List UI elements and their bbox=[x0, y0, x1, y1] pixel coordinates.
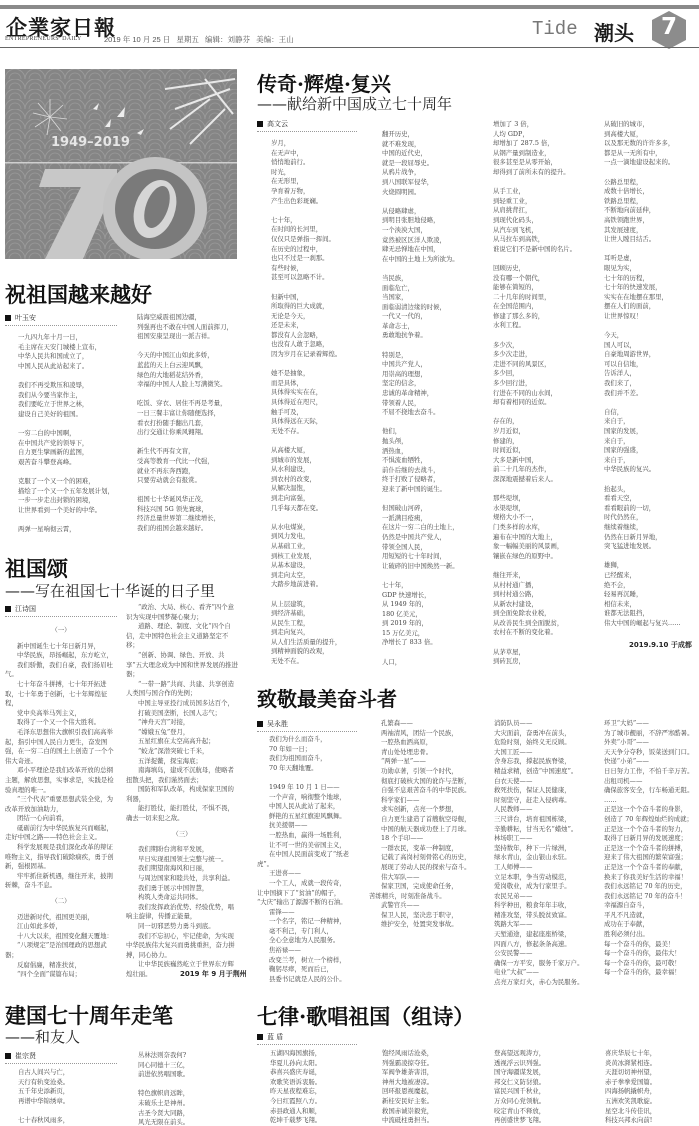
poem-line: 时间近似， bbox=[493, 446, 576, 456]
poem-column: 翻开历史，就不难发现，中国的近代史，就是一段屈辱史。从鸦片战争，到八国联军侵华，… bbox=[382, 130, 459, 667]
poem-line: 水利工程。 bbox=[493, 321, 576, 331]
poem-line: 五千年史添新页， bbox=[18, 1087, 69, 1097]
text-line: 保家卫国，完成使命任务， bbox=[369, 882, 474, 892]
poem-line: 修建的， bbox=[493, 437, 576, 447]
poem-line: 军阀争雄荼害泪， bbox=[382, 1068, 433, 1078]
stanza-gap bbox=[18, 467, 114, 477]
paragraph: 南海填岛，建成不沉航母，使略者扭散头把，我们谨然面去； bbox=[126, 766, 238, 785]
paragraph: 能打胜仗，能打胜仗，不惧不畏，确去一切来犯之敌。 bbox=[126, 804, 238, 823]
poem-line: 从高楼大厦， bbox=[271, 446, 341, 456]
poem-line: 富民兴国千秋业， bbox=[494, 1087, 545, 1097]
poem-line: 从肩挑背扛， bbox=[493, 206, 576, 216]
poem-line: 在中国的土地上为所欲为。 bbox=[382, 255, 459, 265]
poem-line: 迎来了新中国的诞生。 bbox=[382, 485, 459, 495]
poem-line: 从破旧的城市， bbox=[604, 120, 681, 130]
poem-line: 登高望远观涛方， bbox=[494, 1049, 545, 1059]
section-name: 潮头 bbox=[594, 17, 634, 46]
poem-line: 伟大中国的崛起与复兴…… bbox=[604, 619, 681, 629]
text-line: 我们期望南海风和日丽， bbox=[126, 864, 238, 874]
prose-column: （一）新中国诞生七十年日新月异，中华民族，昂扬崛起，东方屹立，我们骄傲，我们自豪… bbox=[5, 620, 117, 980]
paragraph: 牢牢抓住新机遇，继往开来，披荆斩棘，奋斗不息。 bbox=[5, 872, 117, 891]
poem-line: 用崇高的理想， bbox=[382, 370, 459, 380]
stanza-gap bbox=[138, 1080, 189, 1090]
poem-line: 到走向富强， bbox=[271, 494, 341, 504]
section-number: （一） bbox=[5, 626, 117, 636]
poem-line: 让世界惊叹！ bbox=[604, 312, 681, 322]
poem-line: 从鸦片战争， bbox=[382, 168, 459, 178]
poem-line: 描绘了一个又一个五年发展计划， bbox=[18, 487, 114, 497]
poem-line: 列强霸凌掠夺狂。 bbox=[382, 1059, 433, 1069]
stanza-gap bbox=[604, 168, 681, 178]
poem-line: 无处不存。 bbox=[271, 427, 341, 437]
stanza-gap bbox=[604, 398, 681, 408]
poem-line: 到走向复兴， bbox=[271, 628, 341, 638]
poem-line: 救国赤诚崇毅党， bbox=[382, 1107, 433, 1117]
article-title-zhijing: 致敬最美奋斗者 bbox=[257, 683, 397, 712]
poem-line: 胜利必须付出。 bbox=[604, 930, 693, 940]
square-bullet-icon bbox=[257, 721, 263, 727]
poem-line: …… bbox=[604, 796, 693, 806]
stanza-gap bbox=[382, 648, 459, 658]
poem-line: 带领全国人民， bbox=[382, 543, 459, 553]
poem-line: 救死扶伤，保证人民健康， bbox=[494, 786, 583, 796]
poem-line: 实实在在地摆在那里， bbox=[604, 293, 681, 303]
poem-line: 受高等教育一代比一代强， bbox=[137, 457, 233, 467]
poem-line: 其发展速度， bbox=[604, 226, 681, 236]
poem-line: 每一个奋斗的你，最可敬！ bbox=[604, 959, 693, 969]
poem-line: 时刻坚守，赶走入侵病毒。 bbox=[494, 796, 583, 806]
poem-line: 出行交通让你乘风翱翔。 bbox=[137, 428, 233, 438]
paragraph: “一带一路”共商、共建、共享创造人类国与国合作的先例； bbox=[126, 680, 238, 699]
poem-line: 精益求精，创造“中国速度”。 bbox=[494, 767, 583, 777]
poem-line: 五湖四海国旗扬， bbox=[270, 1049, 321, 1059]
paragraph: “创新、协调、绿色、开放、共享”五大理念成为中国和世界发展的推进器； bbox=[126, 651, 238, 680]
poem-line: 中流砥柱勇担当。 bbox=[382, 1116, 433, 1126]
stanza-gap bbox=[271, 206, 341, 216]
poem-line: 净增长了 833 倍。 bbox=[382, 638, 459, 648]
poem-line: 但国破山河碎， bbox=[382, 504, 459, 514]
poem-line: 时光， bbox=[271, 168, 341, 178]
poem-line: 确保一方平安，服务千家万户。 bbox=[494, 959, 583, 969]
poem-line: 再创盛世梦飞翔。 bbox=[494, 1116, 545, 1126]
poem-line: 仍然是中国共产党人， bbox=[382, 533, 459, 543]
poem-line: 幸福的中国人人脸上写满微笑。 bbox=[137, 380, 233, 390]
poem-line: 就不难发现， bbox=[382, 140, 459, 150]
poem-line: 正是这一个个奋斗者的奉献， bbox=[604, 863, 693, 873]
paragraph: “三个代表”重要思想武装全党，为改革开放加油助力， bbox=[5, 795, 117, 814]
poem-line: 从民生工程， bbox=[271, 619, 341, 629]
poem-line: 存在的， bbox=[493, 417, 576, 427]
text-line: 一腔热血，赢得一场胜利， bbox=[257, 831, 362, 841]
poem-line: 人民教师—— bbox=[494, 805, 583, 815]
poem-line: 岁月近似， bbox=[493, 427, 576, 437]
poem-line: 就业不再东奔西跑， bbox=[137, 467, 233, 477]
poem-line: 七十年， bbox=[271, 216, 341, 226]
paragraph: 让中国摘下了“贫油”的帽子， bbox=[257, 889, 362, 899]
poem-line: 面临弱清边缘的时候， bbox=[382, 303, 459, 313]
poem-line: 建设自己美好的祖国。 bbox=[18, 410, 114, 420]
paragraph: 自强不息艰苦奋斗的中华民族。 bbox=[369, 786, 474, 796]
paragraph: 彻底打破核大国的讹诈与垄断， bbox=[369, 777, 474, 787]
poem-line: 自力更生擘画新的蓝图， bbox=[18, 448, 114, 458]
poem-line: 而是具体， bbox=[271, 379, 341, 389]
poem-line: 我们要屹立于世界之林， bbox=[18, 400, 114, 410]
poem-line: 喜庆华辰七十年， bbox=[605, 1049, 656, 1059]
stanza-gap bbox=[18, 1106, 69, 1116]
poem-line: 工人师傅—— bbox=[494, 863, 583, 873]
poem-column: 岁月，在无声中，悄悄地前行。时光，在无形里，孕育着万物，产生出色彩斑斓。七十年，… bbox=[271, 139, 341, 667]
poem-column: 陆海空威震祖国边疆，列强再也不敢在中国人面前挥刀，祖国安康呈现出一派吉祥。今天的… bbox=[137, 313, 233, 534]
poem-line: 换来了你我美好生活的幸福！ bbox=[604, 873, 693, 883]
paragraph: 毛泽东思想伟大旗帜引我们高高举起，指引中国人民自力更生，奋发图强，在一穷二白的国… bbox=[5, 728, 117, 766]
poem-line: 未破乐土是神州。 bbox=[138, 1099, 189, 1109]
poem-line: 象一幅幅美丽的风景画， bbox=[493, 542, 576, 552]
poem-line: 岁月， bbox=[271, 139, 341, 149]
poem-line: 具体得实实在在， bbox=[271, 388, 341, 398]
poem-line: 镶嵌在绿色的原野中。 bbox=[493, 552, 576, 562]
poem-line: 绿色的大地稻花结外香， bbox=[137, 371, 233, 381]
poem-line: 从水利建设， bbox=[271, 465, 341, 475]
text-line: 五星红旗在太空高高升起； bbox=[126, 737, 238, 747]
poem-line: 确保旅客安全，行车畅通无阻。 bbox=[604, 786, 693, 796]
poem-line: 国家的强盛， bbox=[604, 446, 681, 456]
poem-line: 孕育着万物， bbox=[271, 187, 341, 197]
poem-line: 科学种田，粮食年年丰收， bbox=[494, 901, 583, 911]
poem-line: 雄狮， bbox=[604, 561, 681, 571]
square-bullet-icon bbox=[5, 315, 11, 321]
text-line: 与周边国家和睦共处，共享利益。 bbox=[126, 874, 238, 884]
square-bullet-icon bbox=[5, 1053, 11, 1059]
text-line: 一个声音，响彻整个地球， bbox=[257, 793, 362, 803]
poem-line: 走进不同的风景区， bbox=[493, 360, 576, 370]
poem-line: 铁路总里程， bbox=[604, 197, 681, 207]
article-subtitle: ——和友人 bbox=[5, 1026, 80, 1047]
issue-weekday: 星期五 bbox=[176, 35, 199, 44]
poem-line: 炎黄冰湃紧相连。 bbox=[605, 1059, 656, 1069]
poem-line: 正是这一个个奋斗者的拼搏， bbox=[604, 844, 693, 854]
poem-line: 从马拉车到高铁， bbox=[493, 235, 576, 245]
stanza-gap bbox=[382, 418, 459, 428]
poem-line: 四海扬帆撬帜舟， bbox=[605, 1087, 656, 1097]
poem-line: 到明目张胆地侵略， bbox=[382, 216, 459, 226]
poem-line: 只要劳动就会有报赏。 bbox=[137, 476, 233, 486]
byline-a5: 吴永胜 bbox=[257, 719, 357, 732]
poem-line: 以及那无数的许许多多， bbox=[604, 139, 681, 149]
text-line: 十八大以来，祖国变化翻天覆地： bbox=[5, 932, 117, 942]
poem-line: 饱经风雨话沧桑， bbox=[382, 1049, 433, 1059]
poem-line: 坚定的信念， bbox=[382, 379, 459, 389]
poem-line: 乾坤千载梦飞翔。 bbox=[270, 1116, 321, 1126]
stanza-gap bbox=[382, 197, 459, 207]
poem-line: 赤子拳拳爱国篇。 bbox=[605, 1078, 656, 1088]
poem-line: 七十春秋风雨多， bbox=[18, 1116, 69, 1126]
poem-line: 相信未来， bbox=[604, 600, 681, 610]
stanza-gap bbox=[271, 360, 341, 370]
poem-line: 到风力发电， bbox=[271, 532, 341, 542]
stanza-gap bbox=[493, 561, 576, 571]
poem-line: 七十年的历程， bbox=[604, 274, 681, 284]
poem-line: 到高楼大厦， bbox=[604, 130, 681, 140]
poem-line: 大国工匠—— bbox=[494, 748, 583, 758]
text-line: 构筑人类命运共同体。 bbox=[126, 893, 238, 903]
poem-line: 到城市的发展， bbox=[271, 456, 341, 466]
poem-column: 登高望远观涛方，透视浮云识列强。国守海疆谋发展，邦交仁义防豺狼。富民兴国千秋业，… bbox=[494, 1049, 545, 1126]
poem-line: 从水电煤炭， bbox=[271, 523, 341, 533]
poem-line: 多少回行进， bbox=[493, 379, 576, 389]
article-subtitle: ——写在祖国七十华诞的日子里 bbox=[5, 580, 215, 601]
text-line: 团结一心向前看， bbox=[5, 814, 117, 824]
poem-column: 饱经风雨话沧桑，列强霸凌掠夺狂。军阀争雄荼害泪，神州大地被凄凉。回环报恩视魔起，… bbox=[382, 1049, 433, 1126]
text-line: “嫦娥五兔”登月， bbox=[126, 728, 238, 738]
poem-line: 他们， bbox=[382, 427, 459, 437]
poem-line: 一代又一代的， bbox=[382, 312, 459, 322]
poem-line: 看看眼前的一切， bbox=[604, 504, 681, 514]
poem-line: 那些堤坝， bbox=[493, 494, 576, 504]
text-line: 两袖清风，团结一个民族， bbox=[369, 729, 474, 739]
poem-line: 告诉洋人， bbox=[604, 369, 681, 379]
poem-line: 辛勤耕耘，甘当无名“蜡烛”。 bbox=[494, 825, 583, 835]
poem-line: 从基础工业， bbox=[271, 542, 341, 552]
stanza-gap bbox=[493, 485, 576, 495]
text-line: 全心全意地为人民服务。 bbox=[257, 936, 362, 946]
text-line: 1949 年 10 月 1 日—— bbox=[257, 783, 362, 793]
poem-line: 从侵略肆虐， bbox=[382, 207, 459, 217]
poem-line: 前仆后继的去战斗， bbox=[382, 466, 459, 476]
poem-line: 到村村通公路， bbox=[493, 590, 576, 600]
poem-line: 不惧流血牺牲， bbox=[382, 456, 459, 466]
text-line: 王进喜—— bbox=[257, 869, 362, 879]
poem-line: 一穷二白的中国啊， bbox=[18, 429, 114, 439]
poem-line: 陆海空威震祖国边疆， bbox=[137, 313, 233, 323]
text-line: 70 年如一日； bbox=[257, 745, 362, 755]
stanza-gap bbox=[604, 321, 681, 331]
poem-line: 耳听是虚， bbox=[604, 254, 681, 264]
poem-line: 具体得远在天际， bbox=[271, 417, 341, 427]
poem-line: 迎来了伟大祖国的繁荣富强； bbox=[604, 853, 693, 863]
paragraph: 记载了高岗村刻骨铭心的历史， bbox=[369, 853, 474, 863]
poem-line: 幸福源自奋斗， bbox=[604, 901, 693, 911]
poem-line: 筑路大军—— bbox=[494, 920, 583, 930]
poem-line: 国人可以， bbox=[604, 341, 681, 351]
stanza-gap bbox=[382, 341, 459, 351]
square-bullet-icon bbox=[257, 121, 263, 127]
poem-line: 没有哪一个朝代， bbox=[493, 274, 576, 284]
poem-line: 五洲欢笑凯歌旋。 bbox=[605, 1097, 656, 1107]
paragraph: 我们骄傲，我们自豪，我们扬眉吐气。 bbox=[5, 661, 117, 680]
poem-line: 一个泱泱大国， bbox=[382, 226, 459, 236]
poem-line: 消防队员—— bbox=[494, 719, 583, 729]
text-line: 迈进新时代，祖国更美丽， bbox=[5, 913, 117, 923]
poem-line: 成功在于奉献， bbox=[604, 920, 693, 930]
editor-credit: 编辑：刘静芬 bbox=[205, 35, 250, 44]
poem-line: 爱岗敬业，成为行家里手。 bbox=[494, 882, 583, 892]
poem-line: 不屈不挠地去奋斗。 bbox=[382, 408, 459, 418]
poem-line: 到 2019 年的， bbox=[382, 619, 459, 629]
paragraph: “大庆”输出了源源不断的石油。 bbox=[257, 898, 362, 908]
text-line: 一个名字，铭记一种精神， bbox=[257, 917, 362, 927]
article-title-zuguo-song: 祖国颂 bbox=[5, 553, 68, 583]
poem-line: 回环报恩视魔起， bbox=[382, 1087, 433, 1097]
prose-column: 我们为什么而奋斗，70 年如一日；我们为祖国而奋斗，70 年天翻地覆。1949 … bbox=[257, 735, 362, 984]
paragraph: 我们发挥政治优势、经验优势，唱响主旋律，传播正能量， bbox=[126, 903, 238, 922]
text-line: 鞠躬尽瘁，死而后已， bbox=[257, 965, 362, 975]
signoff: 2019 年 9 月于荆州 bbox=[180, 969, 247, 979]
poem-line: 今天， bbox=[604, 331, 681, 341]
paragraph: 七十年奋斗拼搏，七十年开拓进取，七十年勇于创新，七十年辉煌征程， bbox=[5, 680, 117, 709]
poem-line: 时代仍然在， bbox=[604, 513, 681, 523]
poem-line: 农村在不断的变化着。 bbox=[493, 628, 576, 638]
text-line: 五洋捉鳖，探宝海底； bbox=[126, 757, 238, 767]
designer-credit: 美编：王山 bbox=[256, 35, 294, 44]
poem-line: 行进在不同的山水间， bbox=[493, 389, 576, 399]
text-line: 反腐倡廉，精准扶贫， bbox=[5, 961, 117, 971]
poem-line: 从茅草屋， bbox=[493, 648, 576, 658]
text-line: 取得了一个又一个伟大胜利。 bbox=[5, 718, 117, 728]
poem-line: 七十年的快速发展， bbox=[604, 283, 681, 293]
poem-line: 电业“大叔”—— bbox=[494, 968, 583, 978]
stanza-gap bbox=[137, 342, 233, 352]
text-line: 我们勇于展示中国智慧， bbox=[126, 884, 238, 894]
poem-line: 昨天星夜程难忘， bbox=[270, 1087, 321, 1097]
poem-line: 洒热血， bbox=[382, 447, 459, 457]
page-number-badge: 7 bbox=[649, 10, 689, 50]
poem-line: 到砖瓦房， bbox=[493, 657, 576, 667]
poem-line: 祖国七十华诞风华正茂， bbox=[137, 495, 233, 505]
poem-line: 每一个奋斗的你，最伟大！ bbox=[604, 949, 693, 959]
stanza-gap bbox=[493, 408, 576, 418]
poem-line: 所取得的巨大成就， bbox=[271, 302, 341, 312]
poem-column: 丛林法则奈我何?同心同德十三亿，前进依然唱国歌。特色旗帜肩远眸，未破乐土是神州。… bbox=[138, 1051, 189, 1126]
text-line: 改变兰考，树立一个榜样， bbox=[257, 956, 362, 966]
poem-line: 绝不会， bbox=[604, 581, 681, 591]
stanza-gap bbox=[271, 513, 341, 523]
poem-line: 祖国安康呈现出一派吉祥。 bbox=[137, 332, 233, 342]
poem-line: 来自于， bbox=[604, 417, 681, 427]
poem-line: 水渠堤坝， bbox=[493, 504, 576, 514]
poem-line: 却增加了 287.5 倍， bbox=[493, 139, 576, 149]
poem-line: 仅仅只是弹指一挥间。 bbox=[271, 235, 341, 245]
poem-line: 忠诚的革命精神， bbox=[382, 389, 459, 399]
poem-line: 四面八方，修起条条高速。 bbox=[494, 940, 583, 950]
poem-line: 林场职工—— bbox=[494, 834, 583, 844]
stanza-gap bbox=[137, 438, 233, 448]
poem-line: 规格大小不一， bbox=[493, 513, 576, 523]
text-line: 一个工人，成就一段传奇， bbox=[257, 879, 362, 889]
poem-column: 喜庆华辰七十年，炎黄冰湃紧相连。天涯切切神州望，赤子拳拳爱国篇。四海扬帆撬帜舟，… bbox=[605, 1049, 656, 1126]
poem-line: 火烧圆明园。 bbox=[382, 188, 459, 198]
poem-line: 绿水青山，金山银山永驻。 bbox=[494, 853, 583, 863]
poem-line: 大踏步地前进着。 bbox=[271, 580, 341, 590]
byline-a6: 蓝 盾 bbox=[257, 1032, 357, 1045]
poem-line: 一点一滴地建设起来的。 bbox=[604, 158, 681, 168]
poem-line: 回顾历史， bbox=[493, 264, 576, 274]
poem-line: 谁说它们不是新中国的名片。 bbox=[493, 245, 576, 255]
poem-line: 翻开历史， bbox=[382, 130, 459, 140]
stanza-gap bbox=[382, 264, 459, 274]
article-title-qilv: 七律·歌唱祖国（组诗） bbox=[257, 1001, 474, 1031]
hero-years-label: 1949–2019 bbox=[51, 135, 130, 150]
poem-line: 就是一段屈辱史。 bbox=[382, 159, 459, 169]
text-line: 焦裕禄—— bbox=[257, 946, 362, 956]
poem-line: 来自于， bbox=[604, 456, 681, 466]
poem-line: 神州大地被凄凉。 bbox=[382, 1078, 433, 1088]
poem-line: 快递“小弟”—— bbox=[604, 757, 693, 767]
paragraph: 科学发展观是我们深化改革的辩证唯物主义，指导我们破除痼疾，勇于创新，强根固基。 bbox=[5, 843, 117, 872]
paragraph: “政治、大局、核心、看齐”四个意识为实现中国梦凝心聚力； bbox=[126, 603, 238, 622]
poem-line: 七十年， bbox=[382, 581, 459, 591]
poem-line: 从手工业， bbox=[493, 187, 576, 197]
poem-line: 不断地向前延伸， bbox=[604, 206, 681, 216]
text-line: “蛟龙”深潜突破七千米， bbox=[126, 747, 238, 757]
stanza-gap bbox=[493, 254, 576, 264]
poem-line: 一派满目疮痍， bbox=[382, 514, 459, 524]
poem-line: 前二十几年的杰作， bbox=[493, 465, 576, 475]
stanza-gap bbox=[257, 773, 362, 783]
author-name: 叶玉安 bbox=[15, 314, 36, 322]
poem-line: 到现代化码头， bbox=[493, 216, 576, 226]
poem-line: 甚至可以忽略不计。 bbox=[271, 273, 341, 283]
text-line: 维护安全，处置突发事故。 bbox=[369, 920, 474, 930]
stanza-gap bbox=[604, 552, 681, 562]
paragraph: 中国的航天器成功登上了月球。 bbox=[369, 825, 474, 835]
stanza-gap bbox=[493, 331, 576, 341]
poem-line: 科技兴邦永向前! bbox=[605, 1116, 656, 1126]
poem-line: 毛主席在天安门城楼上宣布， bbox=[18, 343, 114, 353]
poem-column: 环卫“大妈”——为了城市靓丽，不辞严寒酷暑。外卖“小哥”——天天争分夺秒，饭菜送… bbox=[604, 719, 693, 978]
stanza-gap bbox=[137, 390, 233, 400]
anniversary-image: 1949–2019 bbox=[5, 69, 237, 259]
text-line: 青山处处埋忠骨。 bbox=[369, 748, 474, 758]
stanza-gap bbox=[604, 475, 681, 485]
poem-line: 公安民警—— bbox=[494, 949, 583, 959]
text-line: 18 个手印—— bbox=[369, 834, 474, 844]
poem-line: 但新中国， bbox=[271, 293, 341, 303]
poem-line: 在历史的过程中， bbox=[271, 245, 341, 255]
poem-line: 可以自信地， bbox=[604, 360, 681, 370]
page-number: 7 bbox=[649, 14, 689, 40]
seventy-emblem-graphic bbox=[5, 69, 237, 259]
poem-line: 环卫“大妈”—— bbox=[604, 719, 693, 729]
poem-line: 无处不在。 bbox=[271, 657, 341, 667]
poem-line: 增加了 3 倍， bbox=[493, 120, 576, 130]
poem-line: 在无形里， bbox=[271, 177, 341, 187]
poem-line: 继续着继续， bbox=[604, 523, 681, 533]
poem-line: 为了城市靓丽，不辞严寒酷暑。 bbox=[604, 729, 693, 739]
poem-line: 在这片一穷二白的土地上， bbox=[382, 523, 459, 533]
text-line: 求实创新，点亮一个梦想， bbox=[369, 805, 474, 815]
text-line: 武警官兵—— bbox=[369, 901, 474, 911]
poem-line: 风光无限在前头。 bbox=[138, 1118, 189, 1126]
poem-line: 多少次， bbox=[493, 341, 576, 351]
byline-a4: 高文云 bbox=[257, 119, 357, 132]
text-line: 一腔热血洒高原， bbox=[369, 738, 474, 748]
poem-line: 两弹一星响彻云霄， bbox=[18, 525, 114, 535]
paragraph: 在中国人民面前变成了“纸老虎”。 bbox=[257, 850, 362, 869]
poem-line: 人均 GDP， bbox=[493, 130, 576, 140]
poem-line: 从基本建设， bbox=[271, 561, 341, 571]
poem-line: 列强再也不敢在中国人面前挥刀， bbox=[137, 323, 233, 333]
poem-line: 带领着人民， bbox=[382, 399, 459, 409]
paragraph: 国防和军队改革，构成保家卫国的利器， bbox=[126, 785, 238, 804]
poem-line: 从 1949 年的， bbox=[382, 600, 459, 610]
poem-line: 一步一步走出封锁的困境， bbox=[18, 496, 114, 506]
poem-line: 让世人瞠目结舌。 bbox=[604, 235, 681, 245]
poem-line: 白衣天使—— bbox=[494, 777, 583, 787]
poem-line: 她不是抽象， bbox=[271, 369, 341, 379]
poem-line: 因为岁月在记录着辉煌。 bbox=[271, 350, 341, 360]
poem-line: 农民兄弟—— bbox=[494, 892, 583, 902]
poem-line: 谁都无法阻挡， bbox=[604, 609, 681, 619]
